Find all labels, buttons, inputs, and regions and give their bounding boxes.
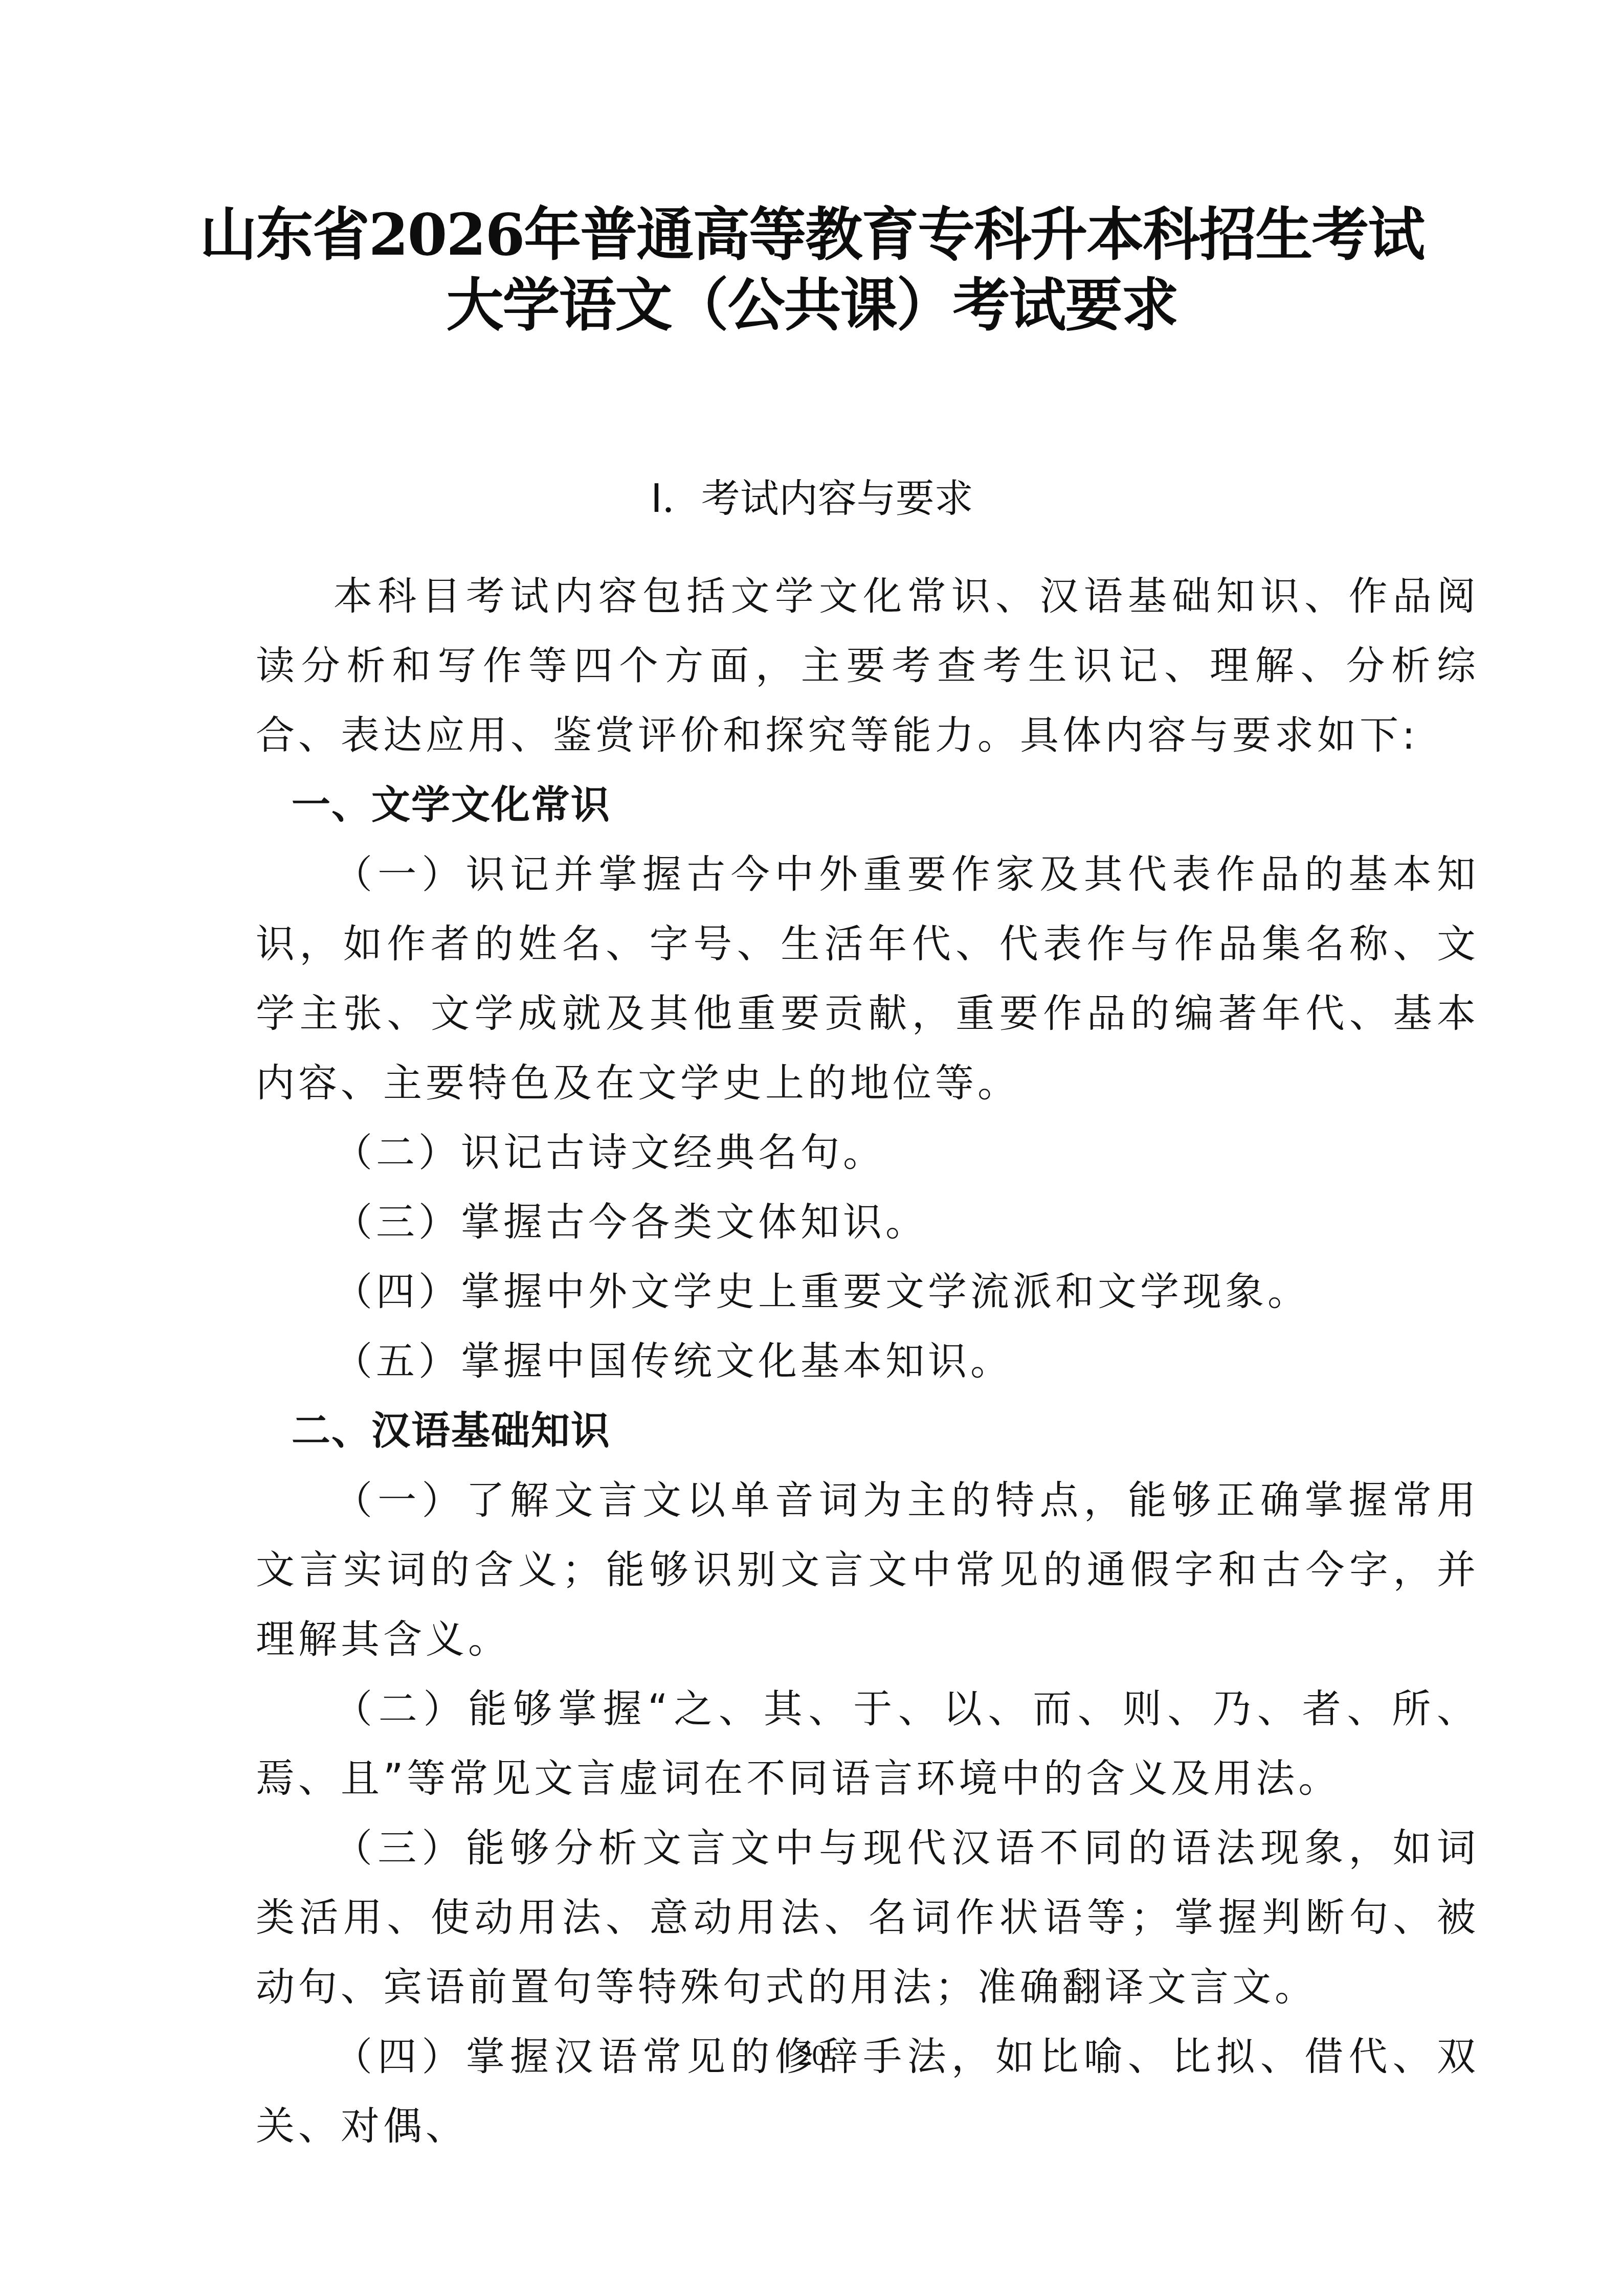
section-heading: Ⅰ．考试内容与要求	[0, 473, 1624, 524]
part1-heading: 一、文学文化常识	[256, 770, 1479, 840]
part1-item-2: （二）识记古诗文经典名句。	[256, 1118, 1479, 1187]
part1-item-5: （五）掌握中国传统文化基本知识。	[256, 1326, 1479, 1396]
part1-item-1: （一）识记并掌握古今中外重要作家及其代表作品的基本知识，如作者的姓名、字号、生活…	[256, 840, 1479, 1118]
document-page: 山东省2026年普通高等教育专科升本科招生考试 大学语文（公共课）考试要求 Ⅰ．…	[0, 0, 1624, 2296]
part2-item-2: （二）能够掌握“之、其、于、以、而、则、乃、者、所、焉、且”等常见文言虚词在不同…	[256, 1674, 1479, 1813]
intro-paragraph: 本科目考试内容包括文学文化常识、汉语基础知识、作品阅读分析和写作等四个方面，主要…	[256, 561, 1479, 770]
document-title-line-2: 大学语文（公共课）考试要求	[0, 270, 1624, 342]
part2-item-3: （三）能够分析文言文中与现代汉语不同的语法现象，如词类活用、使动用法、意动用法、…	[256, 1813, 1479, 2022]
part2-heading: 二、汉语基础知识	[256, 1396, 1479, 1466]
part1-item-3: （三）掌握古今各类文体知识。	[256, 1187, 1479, 1257]
page-number: 20	[0, 2038, 1624, 2074]
document-body: 本科目考试内容包括文学文化常识、汉语基础知识、作品阅读分析和写作等四个方面，主要…	[256, 561, 1479, 2161]
part2-item-1: （一）了解文言文以单音词为主的特点，能够正确掌握常用文言实词的含义；能够识别文言…	[256, 1466, 1479, 1674]
document-title-line-1: 山东省2026年普通高等教育专科升本科招生考试	[0, 199, 1624, 271]
part1-item-4: （四）掌握中外文学史上重要文学流派和文学现象。	[256, 1257, 1479, 1326]
